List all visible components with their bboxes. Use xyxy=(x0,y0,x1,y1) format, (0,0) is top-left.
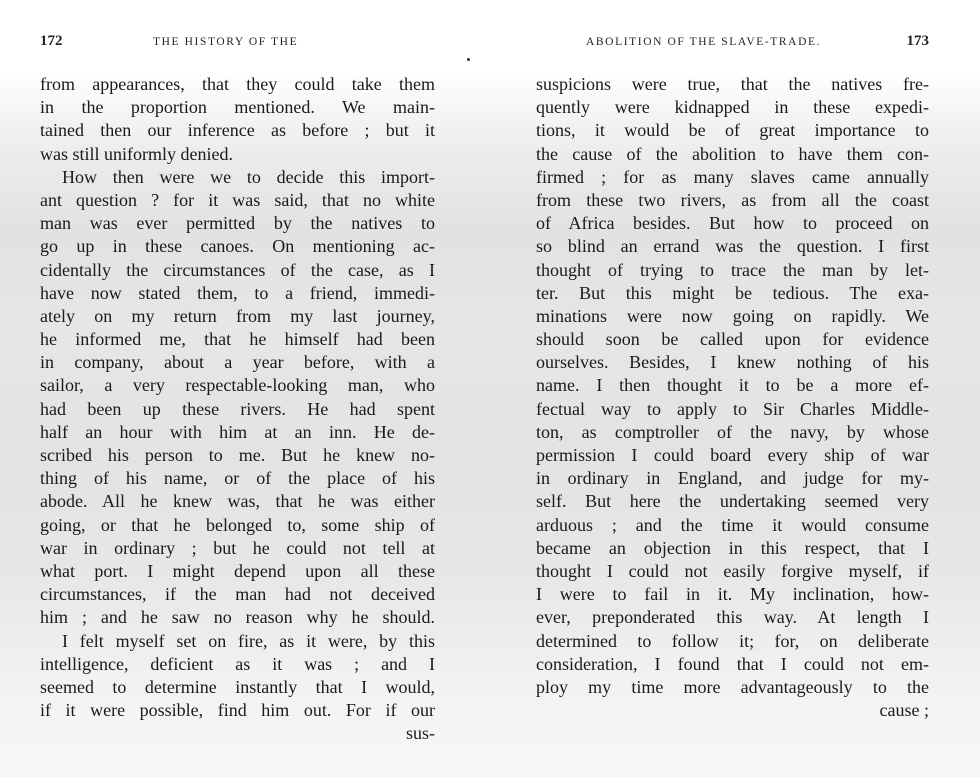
text-line: minations were now going on rapidly. We xyxy=(536,305,929,328)
text-line: war in ordinary ; but he could not tell … xyxy=(40,537,435,560)
text-line: abode. All he knew was, that he was eith… xyxy=(40,490,435,513)
right-page-number: 173 xyxy=(907,33,930,50)
text-line: man was ever permitted by the natives to xyxy=(40,212,435,235)
text-line: How then were we to decide this import- xyxy=(40,166,435,189)
text-line: ourselves. Besides, I knew nothing of hi… xyxy=(536,351,929,374)
text-line: in the proportion mentioned. We main- xyxy=(40,96,435,119)
text-line: permission I could board every ship of w… xyxy=(536,444,929,467)
scan-speck xyxy=(467,58,470,61)
text-line: if it were possible, find him out. For i… xyxy=(40,699,435,722)
text-line: self. But here the undertaking seemed ve… xyxy=(536,490,929,513)
text-line: from these two rivers, as from all the c… xyxy=(536,189,929,212)
left-running-title: THE HISTORY OF THE xyxy=(153,36,298,48)
text-line: was still uniformly denied. xyxy=(40,143,435,166)
text-line: ploy my time more advantageously to the xyxy=(536,676,929,699)
text-line: ately on my return from my last journey, xyxy=(40,305,435,328)
text-line: firmed ; for as many slaves came annuall… xyxy=(536,166,929,189)
text-line: I were to fail in it. My inclination, ho… xyxy=(536,583,929,606)
text-line: should soon be called upon for evidence xyxy=(536,328,929,351)
text-line: scribed his person to me. But he knew no… xyxy=(40,444,435,467)
text-line: cidentally the circumstances of the case… xyxy=(40,259,435,282)
left-body-text: from appearances, that they could take t… xyxy=(40,73,435,745)
text-line: have now stated them, to a friend, immed… xyxy=(40,282,435,305)
catchword: sus- xyxy=(40,722,435,745)
text-line: had been up these rivers. He had spent xyxy=(40,398,435,421)
text-line: what port. I might depend upon all these xyxy=(40,560,435,583)
text-line: tained then our inference as before ; bu… xyxy=(40,119,435,142)
text-line: tions, it would be of great importance t… xyxy=(536,119,929,142)
text-line: from appearances, that they could take t… xyxy=(40,73,435,96)
right-body-text: suspicions were true, that the natives f… xyxy=(536,73,929,722)
text-line: sailor, a very respectable-looking man, … xyxy=(40,374,435,397)
text-line: fectual way to apply to Sir Charles Midd… xyxy=(536,398,929,421)
text-line: ton, as comptroller of the navy, by whos… xyxy=(536,421,929,444)
text-line: quently were kidnapped in these expedi- xyxy=(536,96,929,119)
text-line: became an objection in this respect, tha… xyxy=(536,537,929,560)
text-line: ter. But this might be tedious. The exa- xyxy=(536,282,929,305)
text-line: determined to follow it; for, on deliber… xyxy=(536,630,929,653)
text-line: I felt myself set on fire, as it were, b… xyxy=(40,630,435,653)
text-line: of Africa besides. But how to proceed on xyxy=(536,212,929,235)
text-line: in ordinary in England, and judge for my… xyxy=(536,467,929,490)
right-running-title: ABOLITION OF THE SLAVE-TRADE. xyxy=(586,36,821,48)
left-page-number: 172 xyxy=(40,33,63,50)
text-line: circumstances, if the man had not deceiv… xyxy=(40,583,435,606)
text-line: ever, preponderated this way. At length … xyxy=(536,606,929,629)
text-line: he informed me, that he himself had been xyxy=(40,328,435,351)
text-line: half an hour with him at an inn. He de- xyxy=(40,421,435,444)
text-line: seemed to determine instantly that I wou… xyxy=(40,676,435,699)
text-line: suspicions were true, that the natives f… xyxy=(536,73,929,96)
text-line: name. I then thought it to be a more ef- xyxy=(536,374,929,397)
text-line: thought I could not easily forgive mysel… xyxy=(536,560,929,583)
text-line: consideration, I found that I could not … xyxy=(536,653,929,676)
text-line: him ; and he saw no reason why he should… xyxy=(40,606,435,629)
text-line: thought of trying to trace the man by le… xyxy=(536,259,929,282)
catchword: cause ; xyxy=(536,699,929,722)
text-line: go up in these canoes. On mentioning ac- xyxy=(40,235,435,258)
text-line: going, or that he belonged to, some ship… xyxy=(40,514,435,537)
text-line: the cause of the abolition to have them … xyxy=(536,143,929,166)
right-running-head: ABOLITION OF THE SLAVE-TRADE. 173 xyxy=(536,36,929,56)
text-line: so blind an errand was the question. I f… xyxy=(536,235,929,258)
text-line: ant question ? for it was said, that no … xyxy=(40,189,435,212)
text-line: intelligence, deficient as it was ; and … xyxy=(40,653,435,676)
left-running-head: 172 THE HISTORY OF THE xyxy=(40,36,435,56)
text-line: thing of his name, or of the place of hi… xyxy=(40,467,435,490)
text-line: arduous ; and the time it would consume xyxy=(536,514,929,537)
text-line: in company, about a year before, with a xyxy=(40,351,435,374)
